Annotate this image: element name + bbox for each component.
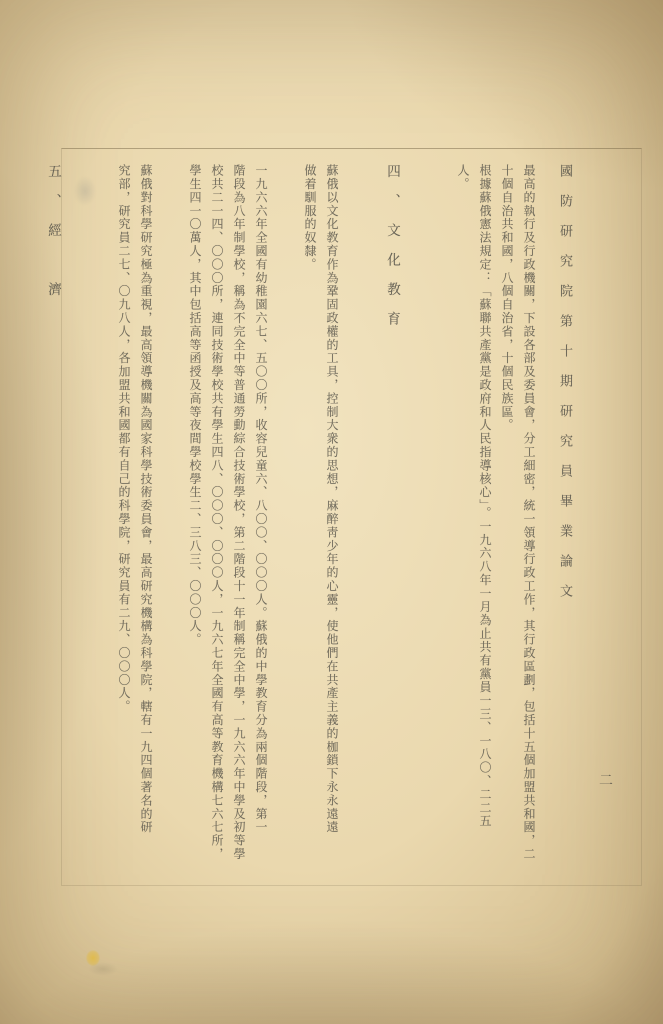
scanned-document-page: { "page": { "running_head": "國防研究院第十期研究員… <box>0 0 663 1024</box>
section-heading: 四、文化教育 <box>382 164 442 880</box>
text-column: 究部，研究員二七、〇九八人，各加盟共和國都有自己的科學院，研究員有二九、〇〇〇人… <box>116 164 138 880</box>
text-column: 階段為八年制學校，稱為不完全中等普通勞動綜合技術學校，第二階段十一年制稱完全中學… <box>231 164 253 880</box>
text-column: 根據蘇俄憲法規定：「蘇聯共產黨是政府和人民指導核心」。一九六八年一月為止共有黨員… <box>477 164 499 880</box>
text-column: 學生四一〇萬人，其中包括高等函授及高等夜間學校學生二、三八三、〇〇〇人。 <box>187 164 209 880</box>
paper-smudge <box>88 962 118 976</box>
text-column: 做着馴服的奴隸。 <box>302 164 324 880</box>
text-column: 一九六六年全國有幼稚園六七、五〇〇所，收容兒童六、八〇〇、〇〇〇人。蘇俄的中學教… <box>253 164 302 880</box>
text-block: 國防研究院第十期研究員畢業論文 最高的執行及行政機關，下設各部及委員會，分工細密… <box>0 164 577 880</box>
running-head: 國防研究院第十期研究員畢業論文 <box>553 164 577 880</box>
page-number: 二 <box>599 770 613 790</box>
text-column: 人。 <box>455 164 477 880</box>
text-column: 十個自治共和國，八個自治省，十個民族區。 <box>499 164 521 880</box>
text-column: 蘇俄以文化教育作為鞏固政權的工具，控制大衆的思想，麻醉靑少年的心靈，使他們在共產… <box>324 164 373 880</box>
text-column: 蘇俄十月革命，布爾塞克奪取了政權，時至今日已歷半個世紀，俄國不但沒有出現共產主義… <box>0 164 34 880</box>
section-heading: 五、經 濟 <box>43 164 103 880</box>
text-column: 校共二一四、〇〇〇所，連同技術學校共有學生四八、〇〇〇、〇〇〇人，一九六七年全國… <box>209 164 231 880</box>
text-column: 最高的執行及行政機關，下設各部及委員會，分工細密，統一領導行政工作，其行政區劃，… <box>521 164 537 880</box>
text-column: 蘇俄對科學研究極為重視，最高領導機關為國家科學技術委員會，最高研究機構為科學院，… <box>138 164 187 880</box>
